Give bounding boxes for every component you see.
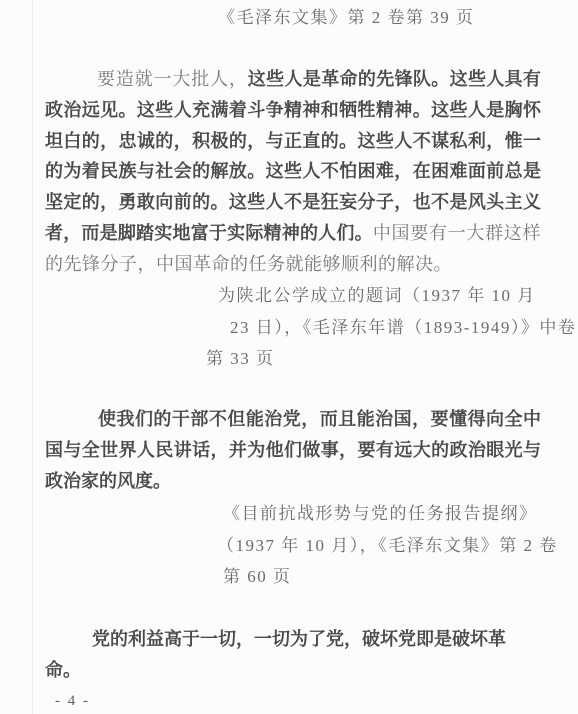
source-citation-2: 《目前抗战形势与党的任务报告提纲》（1937 年 10 月），《毛泽东文集》第 … — [217, 498, 558, 593]
quote-segment-hei: 使我们的干部不但能治党，而且能治国，要懂得向全中国与全世界人民讲话，并为他们做事… — [45, 409, 541, 491]
citation-line: 为陕北公学成立的题词（1937 年 10 月 — [206, 280, 576, 312]
header-source-citation: 《毛泽东文集》第 2 卷第 39 页 — [218, 6, 475, 30]
left-scan-edge-line — [32, 0, 33, 714]
scanned-document-page: 《毛泽东文集》第 2 卷第 39 页 要造就一大批人，这些人是革命的先锋队。这些… — [0, 0, 578, 714]
quote-paragraph-2: 使我们的干部不但能治党，而且能治国，要懂得向全中国与全世界人民讲话，并为他们做事… — [45, 404, 541, 496]
citation-line: 第 60 页 — [217, 561, 558, 593]
quote-paragraph-1: 要造就一大批人，这些人是革命的先锋队。这些人具有政治远见。这些人充满着斗争精神和… — [45, 64, 541, 280]
citation-line: 第 33 页 — [206, 343, 576, 375]
citation-line: 《目前抗战形势与党的任务报告提纲》 — [217, 498, 558, 530]
page-number: - 4 - — [55, 693, 90, 710]
quote-segment-hei: 党的利益高于一切，一切为了党，破坏党即是破坏革命。 — [45, 629, 506, 680]
quote-segment-hei: 这些人是革命的先锋队。这些人具有政治远见。这些人充满着斗争精神和牺牲精神。这些人… — [45, 69, 541, 243]
quote-paragraph-3: 党的利益高于一切，一切为了党，破坏党即是破坏革命。 — [45, 624, 541, 686]
source-citation-1: 为陕北公学成立的题词（1937 年 10 月23 日），《毛泽东年谱（1893-… — [206, 280, 576, 375]
citation-line: 23 日），《毛泽东年谱（1893-1949）》中卷 — [206, 312, 576, 344]
citation-line: （1937 年 10 月），《毛泽东文集》第 2 卷 — [217, 530, 558, 562]
quote-segment-kai: 要造就一大批人， — [97, 69, 248, 89]
